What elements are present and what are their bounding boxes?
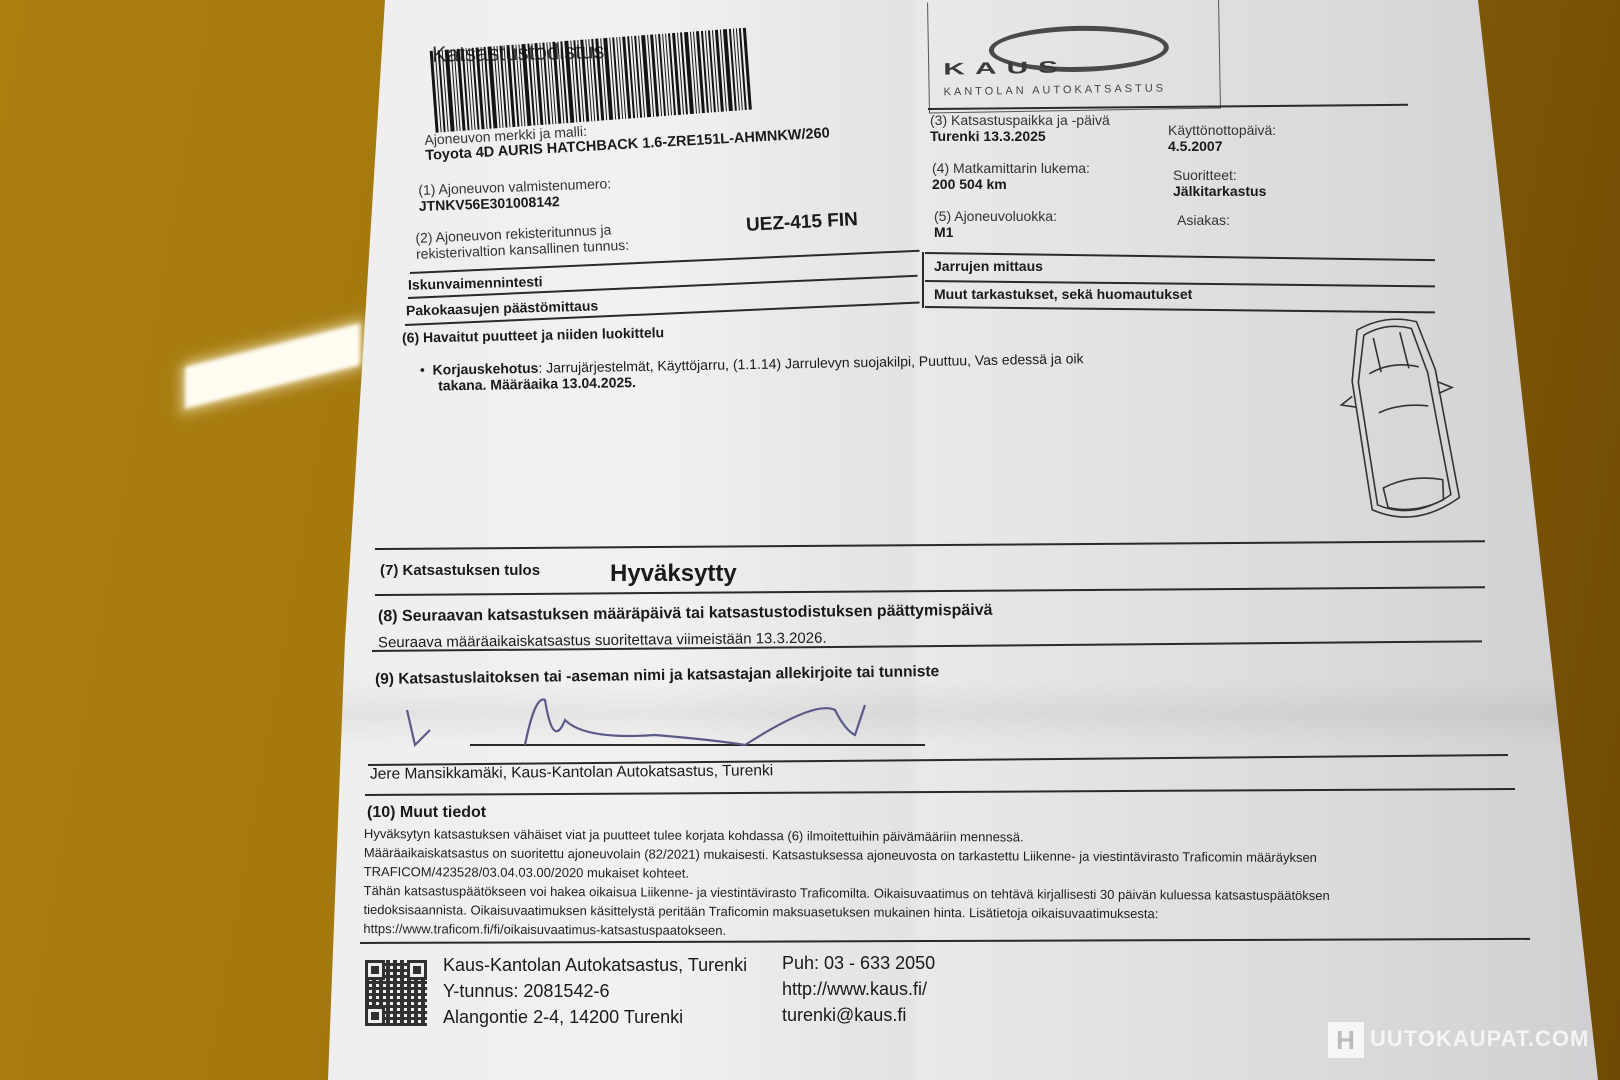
- defect-type: Korjauskehotus: [432, 360, 538, 378]
- vehicle-class-label: (5) Ajoneuvoluokka:: [934, 208, 1057, 224]
- inspection-place-value: Turenki 13.3.2025: [930, 128, 1110, 144]
- footer-business-id: Y-tunnus: 2081542-6: [443, 978, 747, 1004]
- car-top-view-icon: [1330, 315, 1470, 525]
- vin-block: (1) Ajoneuvon valmistenumero: JTNKV56E30…: [418, 175, 612, 214]
- footer-company: Kaus-Kantolan Autokatsastus, Turenki: [443, 952, 747, 978]
- footer-website[interactable]: http://www.kaus.fi/: [782, 976, 935, 1002]
- result-value: Hyväksytty: [610, 560, 737, 588]
- footer-phone: Puh: 03 - 633 2050: [782, 950, 935, 976]
- watermark-text: UUTOKAUPAT.COM: [1370, 1026, 1589, 1051]
- result-label: (7) Katsastuksen tulos: [380, 562, 540, 579]
- customer-label: Asiakas:: [1177, 212, 1230, 228]
- first-registration-label: Käyttönottopäivä:: [1168, 122, 1276, 138]
- inspection-place-label: (3) Katsastuspaikka ja -päivä: [930, 112, 1110, 128]
- watermark-logo-icon: H: [1328, 1022, 1364, 1058]
- footer-company-block: Kaus-Kantolan Autokatsastus, Turenki Y-t…: [443, 952, 747, 1030]
- logo-subtitle: KANTOLAN AUTOKATSASTUS: [944, 82, 1167, 98]
- performed-value: Jälkitarkastus: [1173, 183, 1266, 199]
- footer-contact-block: Puh: 03 - 633 2050 http://www.kaus.fi/ t…: [782, 950, 935, 1028]
- huutokaupat-watermark: HUUTOKAUPAT.COM: [1328, 1022, 1589, 1058]
- test-other-checks: Muut tarkastukset, sekä huomautukset: [934, 286, 1192, 302]
- column-divider: [922, 252, 924, 308]
- performed-label: Suoritteet:: [1173, 167, 1266, 183]
- other-info-heading: (10) Muut tiedot: [367, 804, 486, 822]
- odometer-label: (4) Matkamittarin lukema:: [932, 160, 1090, 176]
- footer-address: Alangontie 2-4, 14200 Turenki: [443, 1004, 747, 1030]
- first-registration-value: 4.5.2007: [1168, 138, 1276, 154]
- logo-name: KAUS: [943, 58, 1068, 79]
- inspector-name: Jere Mansikkamäki, Kaus-Kantolan Autokat…: [370, 762, 773, 784]
- footer-email[interactable]: turenki@kaus.fi: [782, 1002, 935, 1028]
- first-registration-block: Käyttönottopäivä: 4.5.2007: [1168, 122, 1276, 154]
- odometer-value: 200 504 km: [932, 176, 1090, 192]
- test-brake-measurement: Jarrujen mittaus: [934, 258, 1043, 274]
- light-reflection: [185, 323, 360, 409]
- inspection-place-block: (3) Katsastuspaikka ja -päivä Turenki 13…: [930, 112, 1110, 144]
- other-info-text: Hyväksytyn katsastuksen vähäiset viat ja…: [363, 824, 1330, 943]
- bullet: •: [420, 362, 433, 378]
- kaus-logo: KAUS KANTOLAN AUTOKATSASTUS: [927, 0, 1221, 114]
- odometer-block: (4) Matkamittarin lukema: 200 504 km: [932, 160, 1090, 192]
- performed-block: Suoritteet: Jälkitarkastus: [1173, 167, 1266, 199]
- inspector-signature: [395, 690, 915, 760]
- qr-code-icon: [365, 960, 427, 1026]
- vehicle-class-block: (5) Ajoneuvoluokka: M1: [934, 208, 1057, 240]
- vehicle-class-value: M1: [934, 224, 1057, 240]
